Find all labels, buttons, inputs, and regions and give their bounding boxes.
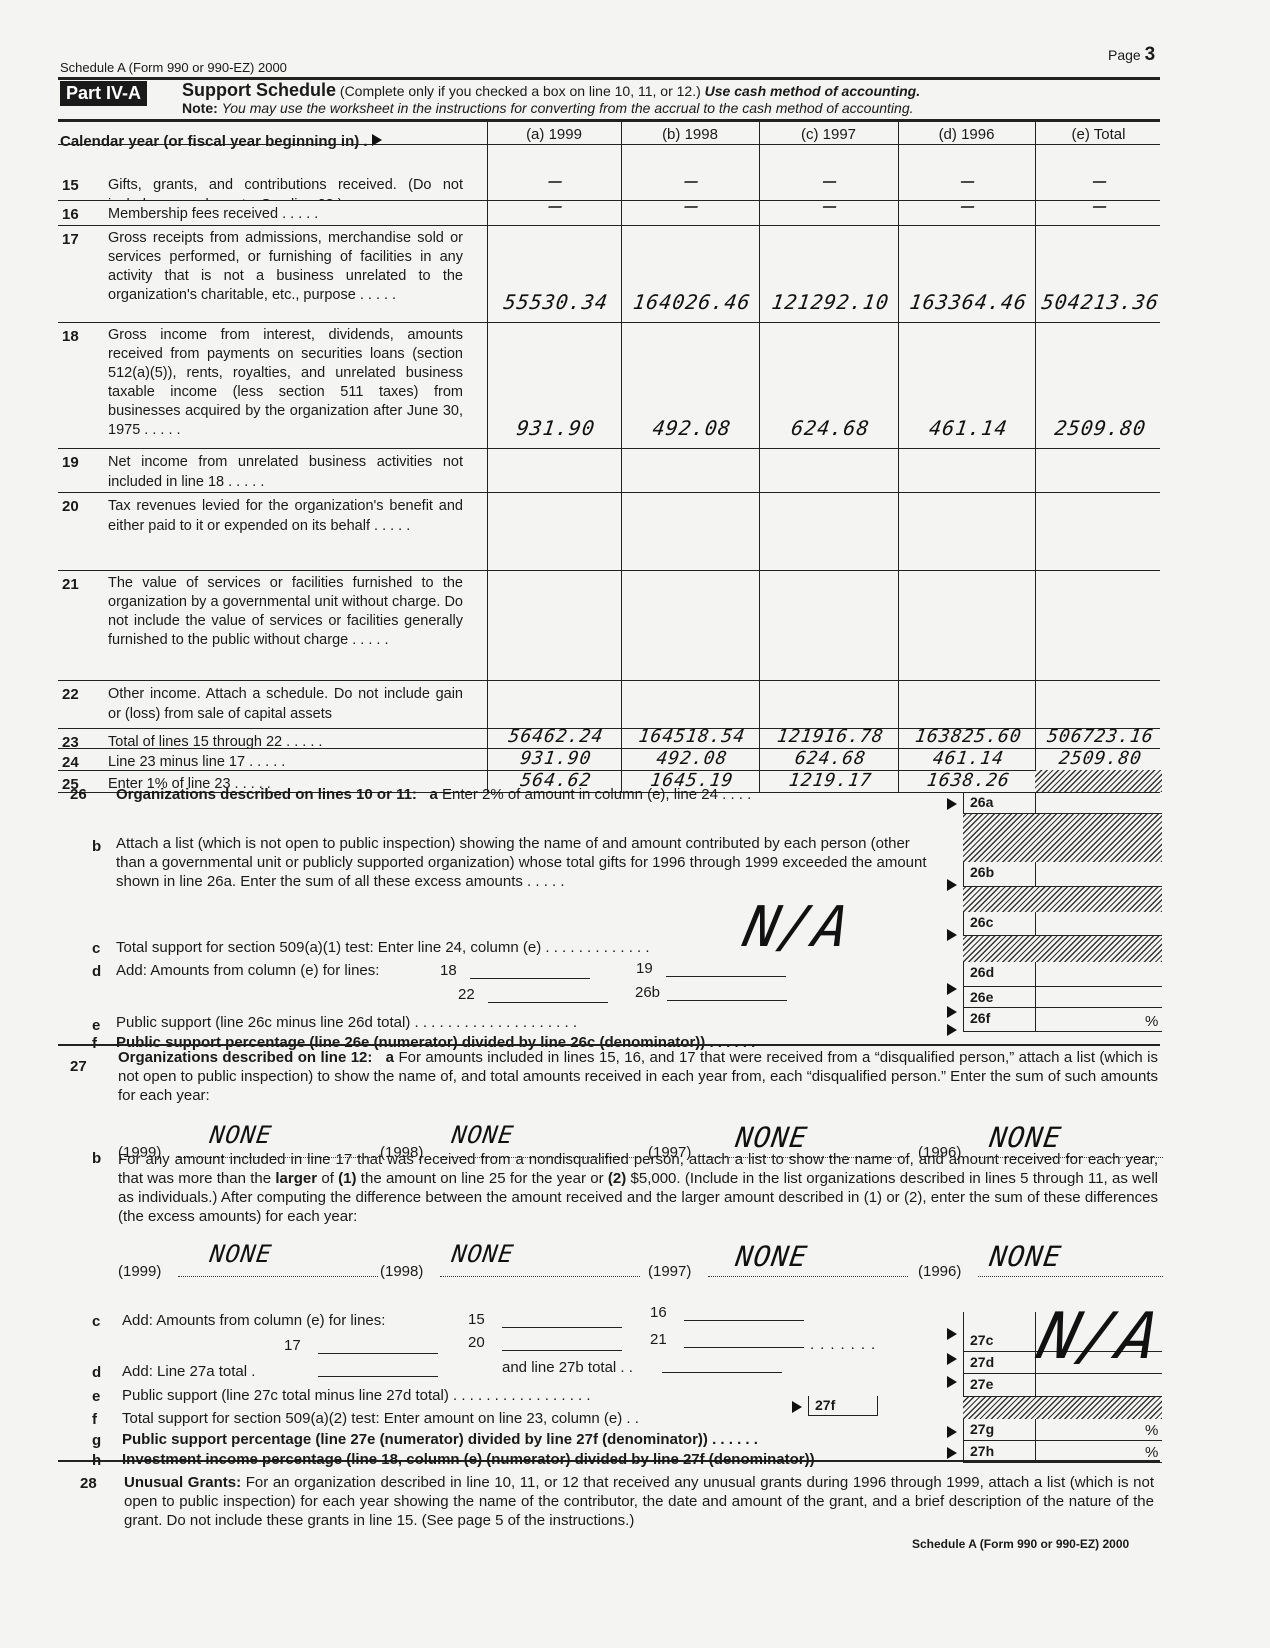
box-26c-input[interactable] bbox=[1035, 912, 1162, 936]
line-22-label: Other income. Attach a schedule. Do not … bbox=[108, 684, 463, 728]
cell-line-18-col-2[interactable]: 624.68 bbox=[759, 322, 898, 448]
handwritten-value: — bbox=[1039, 194, 1162, 219]
arrow-right-icon bbox=[947, 982, 957, 1000]
line-26-heading: Organizations described on lines 10 or 1… bbox=[116, 785, 751, 804]
line-26b-text: Attach a list (which is not open to publ… bbox=[116, 834, 936, 891]
field-26d-18-label: 18 bbox=[440, 961, 457, 980]
cell-line-21-col-0[interactable] bbox=[487, 570, 621, 680]
cell-line-20-col-2[interactable] bbox=[759, 492, 898, 570]
cell-line-18-col-3[interactable]: 461.14 bbox=[898, 322, 1035, 448]
item-letter: d bbox=[92, 963, 101, 980]
line-26d-text: Add: Amounts from column (e) for lines: bbox=[116, 961, 379, 980]
cell-line-23-col-4[interactable]: 506723.16 bbox=[1035, 728, 1162, 748]
handwritten-value: 163825.60 bbox=[903, 726, 1035, 747]
box-26c-label: 26c bbox=[963, 912, 1035, 936]
cell-line-22-col-1[interactable] bbox=[621, 680, 759, 728]
line-27c-field-16[interactable] bbox=[684, 1320, 804, 1321]
line-15-number: 15 bbox=[62, 177, 79, 194]
footer-form-label: Schedule A (Form 990 or 990-EZ) 2000 bbox=[912, 1537, 1129, 1551]
line-27-rule bbox=[58, 1044, 1160, 1046]
line-27g-text: Public support percentage (line 27e (num… bbox=[122, 1430, 942, 1449]
cell-line-18-col-0[interactable]: 931.90 bbox=[487, 322, 621, 448]
box-divider bbox=[963, 1312, 964, 1330]
handwritten-none: NONE bbox=[208, 1240, 274, 1268]
cell-line-24-col-0[interactable]: 931.90 bbox=[487, 748, 621, 770]
handwritten-value: — bbox=[763, 169, 898, 194]
line-24-number: 24 bbox=[62, 754, 79, 771]
part-heading: Support Schedule (Complete only if you c… bbox=[182, 80, 920, 101]
line-27c-field-label: 16 bbox=[650, 1303, 667, 1322]
page-number: 3 bbox=[1145, 44, 1156, 65]
cell-line-24-col-4[interactable]: 2509.80 bbox=[1035, 748, 1162, 770]
line-27c-field-label: 15 bbox=[468, 1310, 485, 1329]
cell-line-23-col-1[interactable]: 164518.54 bbox=[621, 728, 759, 748]
column-header-3: (d) 1996 bbox=[898, 126, 1035, 143]
cell-line-16-col-3[interactable]: — bbox=[898, 200, 1035, 225]
line-19-label: Net income from unrelated business activ… bbox=[108, 452, 463, 492]
field-26d-19[interactable] bbox=[666, 976, 786, 977]
line-27b-field-3[interactable] bbox=[978, 1276, 1163, 1277]
arrow-right-icon bbox=[947, 1005, 957, 1023]
note-text: You may use the worksheet in the instruc… bbox=[222, 100, 914, 116]
item-letter: b bbox=[92, 838, 101, 855]
box-27g-label: 27g bbox=[963, 1419, 1035, 1441]
field-26d-22-label: 22 bbox=[458, 985, 475, 1004]
field-26d-22[interactable] bbox=[488, 1002, 608, 1003]
box-27e-input[interactable] bbox=[1035, 1374, 1162, 1397]
line-27c-field-label: 20 bbox=[468, 1333, 485, 1352]
handwritten-value: 461.14 bbox=[902, 416, 1034, 440]
handwritten-value: 121916.78 bbox=[764, 726, 898, 747]
handwritten-value: — bbox=[1039, 169, 1162, 194]
handwritten-na: N/A bbox=[1031, 1300, 1168, 1374]
line-27d-text2: and line 27b total . . bbox=[502, 1358, 633, 1377]
handwritten-value: — bbox=[491, 194, 621, 219]
part-title: Support Schedule bbox=[182, 80, 336, 100]
box-26b-input[interactable] bbox=[1035, 862, 1162, 887]
cell-line-20-col-4[interactable] bbox=[1035, 492, 1162, 570]
field-27a-total[interactable] bbox=[318, 1376, 438, 1377]
line-16-label: Membership fees received . . . . . bbox=[108, 204, 463, 225]
handwritten-value: 931.90 bbox=[491, 416, 620, 440]
handwritten-value: — bbox=[902, 169, 1035, 194]
handwritten-na: N/A bbox=[738, 895, 856, 960]
box-26f-input[interactable] bbox=[1035, 1008, 1162, 1032]
item-letter: e bbox=[92, 1017, 100, 1034]
line-27-number: 27 bbox=[70, 1058, 87, 1075]
handwritten-value: — bbox=[902, 194, 1035, 219]
line-16-number: 16 bbox=[62, 206, 79, 223]
line-26-number: 26 bbox=[70, 786, 87, 803]
line-27b-field-1[interactable] bbox=[440, 1276, 640, 1277]
cell-line-16-col-2[interactable]: — bbox=[759, 200, 898, 225]
arrow-right-icon bbox=[947, 1352, 957, 1370]
line-18-label: Gross income from interest, dividends, a… bbox=[108, 326, 463, 448]
part-badge: Part IV-A bbox=[60, 81, 147, 106]
cell-line-20-col-3[interactable] bbox=[898, 492, 1035, 570]
box-27f[interactable]: 27f bbox=[808, 1396, 878, 1416]
line-15-label: Gifts, grants, and contributions receive… bbox=[108, 175, 463, 200]
line-21-label: The value of services or facilities furn… bbox=[108, 574, 463, 680]
line-27b-year-label: (1997) bbox=[648, 1262, 691, 1281]
arrow-right-icon bbox=[947, 1425, 957, 1443]
line-27c-text: Add: Amounts from column (e) for lines: bbox=[122, 1311, 385, 1330]
handwritten-none: NONE bbox=[734, 1240, 810, 1273]
cell-line-18-col-4[interactable]: 2509.80 bbox=[1035, 322, 1162, 448]
field-26d-26b[interactable] bbox=[667, 1000, 787, 1001]
header-row-rule bbox=[58, 144, 1160, 145]
cell-line-19-col-4[interactable] bbox=[1035, 448, 1162, 492]
handwritten-none: NONE bbox=[450, 1240, 516, 1268]
handwritten-value: 624.68 bbox=[763, 416, 897, 440]
cell-line-16-col-4[interactable]: — bbox=[1035, 200, 1162, 225]
cell-line-21-col-2[interactable] bbox=[759, 570, 898, 680]
cell-line-20-col-1[interactable] bbox=[621, 492, 759, 570]
part-emphasis: Use cash method of accounting. bbox=[705, 83, 920, 99]
cell-line-21-col-1[interactable] bbox=[621, 570, 759, 680]
line-20-label: Tax revenues levied for the organization… bbox=[108, 496, 463, 570]
year-label: Calendar year (or fiscal year beginning … bbox=[60, 133, 382, 150]
cell-line-19-col-3[interactable] bbox=[898, 448, 1035, 492]
box-26d-label: 26d bbox=[963, 962, 1035, 987]
cell-line-23-col-2[interactable]: 121916.78 bbox=[759, 728, 898, 748]
line-27b-year-label: (1998) bbox=[380, 1262, 423, 1281]
handwritten-value: — bbox=[625, 169, 759, 194]
page-indicator: Page 3 bbox=[1108, 44, 1155, 66]
handwritten-none: NONE bbox=[450, 1121, 516, 1149]
item-letter: f bbox=[92, 1411, 97, 1428]
cell-line-23-col-0[interactable]: 56462.24 bbox=[487, 728, 621, 748]
column-header-1: (b) 1998 bbox=[621, 126, 759, 143]
shaded-cell bbox=[963, 1397, 1162, 1419]
part-note: Note: You may use the worksheet in the i… bbox=[182, 100, 914, 116]
field-26d-26b-label: 26b bbox=[635, 983, 660, 1002]
handwritten-value: 164026.46 bbox=[625, 290, 758, 314]
line-27c-field-label: 17 bbox=[284, 1336, 301, 1355]
arrow-right-icon bbox=[947, 878, 957, 896]
handwritten-value: 163364.46 bbox=[902, 290, 1034, 314]
item-letter: c bbox=[92, 1313, 100, 1330]
cell-line-22-col-3[interactable] bbox=[898, 680, 1035, 728]
box-26a-input[interactable] bbox=[1035, 792, 1162, 814]
box-26d-input[interactable] bbox=[1035, 962, 1162, 987]
handwritten-none: NONE bbox=[988, 1240, 1064, 1273]
column-header-4: (e) Total bbox=[1035, 126, 1162, 143]
column-header-0: (a) 1999 bbox=[487, 126, 621, 143]
handwritten-value: 2509.80 bbox=[1040, 748, 1162, 769]
cell-line-16-col-0[interactable]: — bbox=[487, 200, 621, 225]
field-26d-18[interactable] bbox=[470, 978, 590, 979]
arrow-right-icon bbox=[792, 1400, 802, 1418]
line-27c-field-20[interactable] bbox=[502, 1350, 622, 1351]
line-27b-field-2[interactable] bbox=[708, 1276, 908, 1277]
handwritten-value: 1638.26 bbox=[903, 770, 1035, 791]
field-27b-total[interactable] bbox=[662, 1372, 782, 1373]
line-18-number: 18 bbox=[62, 328, 79, 345]
item-letter: g bbox=[92, 1432, 101, 1449]
line-27f-text: Total support for section 509(a)(2) test… bbox=[122, 1409, 639, 1428]
line-19-number: 19 bbox=[62, 454, 79, 471]
line-27c-field-17[interactable] bbox=[318, 1353, 438, 1354]
handwritten-value: 164518.54 bbox=[626, 726, 759, 747]
line-26e-text: Public support (line 26c minus line 26d … bbox=[116, 1013, 936, 1032]
handwritten-none: NONE bbox=[208, 1121, 274, 1149]
handwritten-value: 931.90 bbox=[492, 748, 621, 769]
arrow-right-icon bbox=[947, 1327, 957, 1345]
percent-26f: % bbox=[1145, 1012, 1158, 1031]
cell-line-18-col-1[interactable]: 492.08 bbox=[621, 322, 759, 448]
cell-line-22-col-0[interactable] bbox=[487, 680, 621, 728]
cell-line-25-col-2[interactable]: 1219.17 bbox=[759, 770, 898, 792]
line-20-number: 20 bbox=[62, 498, 79, 515]
box-divider bbox=[1035, 1312, 1036, 1330]
box-27h-input[interactable] bbox=[1035, 1441, 1162, 1463]
arrow-right-icon bbox=[947, 928, 957, 946]
line-27b-field-0[interactable] bbox=[178, 1276, 378, 1277]
handwritten-value: — bbox=[763, 194, 898, 219]
line-22-number: 22 bbox=[62, 686, 79, 703]
line-28-number: 28 bbox=[80, 1475, 97, 1492]
arrow-right-icon bbox=[947, 1375, 957, 1393]
cell-line-25-col-3[interactable]: 1638.26 bbox=[898, 770, 1035, 792]
handwritten-value: 55530.34 bbox=[491, 290, 620, 314]
handwritten-value: 624.68 bbox=[764, 748, 898, 769]
handwritten-value: 121292.10 bbox=[763, 290, 897, 314]
box-26e-label: 26e bbox=[963, 987, 1035, 1008]
shaded-cell bbox=[963, 936, 1162, 962]
cell-line-21-col-4[interactable] bbox=[1035, 570, 1162, 680]
line-24-label: Line 23 minus line 17 . . . . . bbox=[108, 752, 463, 770]
percent-27h: % bbox=[1145, 1443, 1158, 1462]
cell-line-22-col-4[interactable] bbox=[1035, 680, 1162, 728]
cell-line-22-col-2[interactable] bbox=[759, 680, 898, 728]
line-27d-text: Add: Line 27a total . bbox=[122, 1362, 255, 1381]
cell-line-17-col-2[interactable]: 121292.10 bbox=[759, 225, 898, 322]
cell-line-24-col-3[interactable]: 461.14 bbox=[898, 748, 1035, 770]
box-27h-label: 27h bbox=[963, 1441, 1035, 1463]
cell-line-24-col-2[interactable]: 624.68 bbox=[759, 748, 898, 770]
line-27c-field-21[interactable] bbox=[684, 1347, 804, 1348]
item-letter: e bbox=[92, 1388, 100, 1405]
arrow-right-icon bbox=[947, 1023, 957, 1041]
handwritten-value: 492.08 bbox=[626, 748, 759, 769]
line-17-number: 17 bbox=[62, 231, 79, 248]
line-23-label: Total of lines 15 through 22 . . . . . bbox=[108, 732, 463, 748]
handwritten-value: 492.08 bbox=[625, 416, 758, 440]
cell-line-24-col-1[interactable]: 492.08 bbox=[621, 748, 759, 770]
item-letter: c bbox=[92, 940, 100, 957]
box-26b-label: 26b bbox=[963, 862, 1035, 887]
box-26a-label: 26a bbox=[963, 792, 1035, 814]
cell-line-17-col-4[interactable]: 504213.36 bbox=[1035, 225, 1162, 322]
part-subtitle: (Complete only if you checked a box on l… bbox=[340, 83, 701, 99]
line-17-label: Gross receipts from admissions, merchand… bbox=[108, 229, 463, 322]
cell-line-23-col-3[interactable]: 163825.60 bbox=[898, 728, 1035, 748]
column-header-2: (c) 1997 bbox=[759, 126, 898, 143]
cell-line-17-col-3[interactable]: 163364.46 bbox=[898, 225, 1035, 322]
arrow-right-icon bbox=[947, 1446, 957, 1464]
cell-line-19-col-2[interactable] bbox=[759, 448, 898, 492]
handwritten-value: 2509.80 bbox=[1039, 416, 1161, 440]
handwritten-value: 506723.16 bbox=[1040, 726, 1162, 747]
line-27h-text: Investment income percentage (line 18, c… bbox=[122, 1450, 952, 1469]
shaded-cell bbox=[963, 887, 1162, 912]
cell-line-19-col-0[interactable] bbox=[487, 448, 621, 492]
line-27b-text: For any amount included in line 17 that … bbox=[118, 1150, 1158, 1226]
line-27b-year-label: (1999) bbox=[118, 1262, 161, 1281]
cell-line-21-col-3[interactable] bbox=[898, 570, 1035, 680]
form-page: Schedule A (Form 990 or 990-EZ) 2000 Pag… bbox=[0, 0, 1270, 1648]
box-27d-label: 27d bbox=[963, 1352, 1035, 1374]
handwritten-value: 56462.24 bbox=[492, 726, 621, 747]
schedule-title: Schedule A (Form 990 or 990-EZ) 2000 bbox=[60, 60, 287, 75]
cell-line-17-col-0[interactable]: 55530.34 bbox=[487, 225, 621, 322]
box-27e-label: 27e bbox=[963, 1374, 1035, 1397]
handwritten-value: 1219.17 bbox=[764, 770, 898, 791]
handwritten-value: — bbox=[491, 169, 621, 194]
cell-line-20-col-0[interactable] bbox=[487, 492, 621, 570]
cell-line-16-col-1[interactable]: — bbox=[621, 200, 759, 225]
line-27b-year-label: (1996) bbox=[918, 1262, 961, 1281]
item-letter: d bbox=[92, 1364, 101, 1381]
handwritten-value: 504213.36 bbox=[1039, 290, 1161, 314]
cell-line-17-col-1[interactable]: 164026.46 bbox=[621, 225, 759, 322]
shaded-cell bbox=[1035, 770, 1162, 792]
field-26d-19-label: 19 bbox=[636, 959, 653, 978]
item-letter: h bbox=[92, 1452, 101, 1469]
line-21-number: 21 bbox=[62, 576, 79, 593]
line-27c-field-label: 21 bbox=[650, 1330, 667, 1349]
note-label: Note: bbox=[182, 100, 218, 116]
line-27a-text: Organizations described on line 12: a Fo… bbox=[118, 1048, 1158, 1105]
page-label: Page bbox=[1108, 47, 1141, 63]
item-letter: b bbox=[92, 1150, 101, 1167]
leader-dots: ....... bbox=[810, 1335, 881, 1354]
cell-line-19-col-1[interactable] bbox=[621, 448, 759, 492]
percent-27g: % bbox=[1145, 1421, 1158, 1440]
arrow-right-icon bbox=[947, 797, 957, 815]
shaded-cell bbox=[963, 814, 1162, 862]
box-27c-label: 27c bbox=[963, 1330, 1035, 1352]
line-28-text: Unusual Grants: For an organization desc… bbox=[124, 1473, 1154, 1530]
handwritten-value: — bbox=[625, 194, 759, 219]
line-27c-field-15[interactable] bbox=[502, 1327, 622, 1328]
part-rule bbox=[58, 119, 1160, 122]
handwritten-value: 461.14 bbox=[903, 748, 1035, 769]
line-23-number: 23 bbox=[62, 734, 79, 751]
box-26e-input[interactable] bbox=[1035, 987, 1162, 1008]
box-27g-input[interactable] bbox=[1035, 1419, 1162, 1441]
box-26f-label: 26f bbox=[963, 1008, 1035, 1032]
